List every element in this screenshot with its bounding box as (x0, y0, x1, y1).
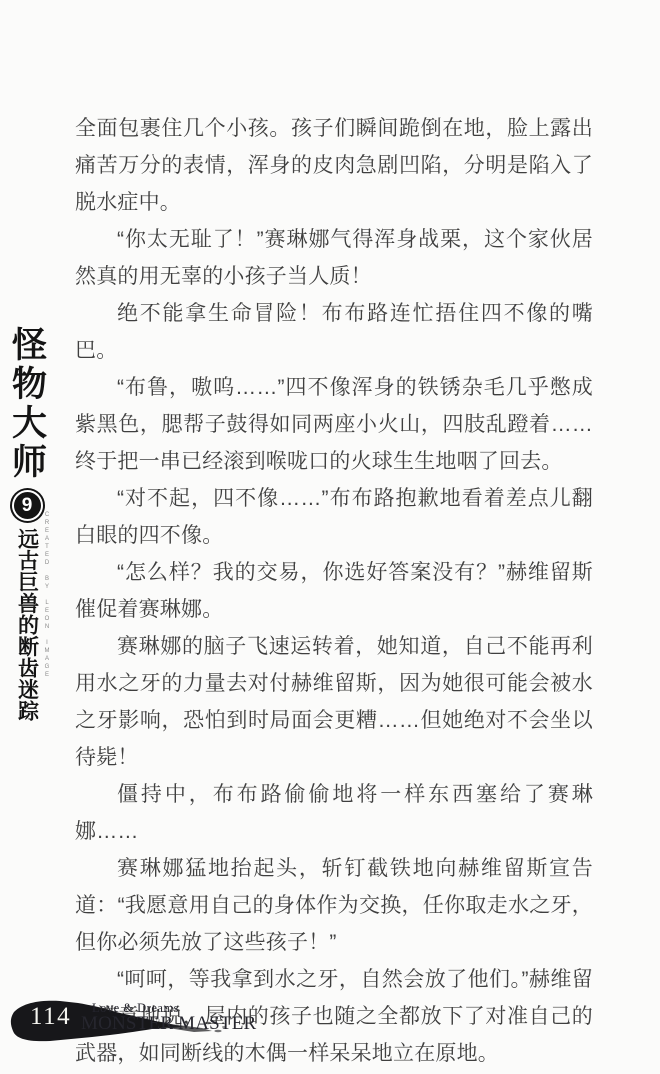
body-paragraph: “布鲁，嗷呜……”四不像浑身的铁锈杂毛几乎憋成紫黑色，腮帮子鼓得如同两座小火山，… (75, 369, 593, 480)
body-text: 全面包裹住几个小孩。孩子们瞬间跪倒在地，脸上露出痛苦万分的表情，浑身的皮肉急剧凹… (75, 110, 593, 1072)
sidebar-series-title: 怪物大师 9 远古巨兽的断齿迷踪 CREATED BY LEON IMAGE (4, 326, 50, 722)
body-paragraph: 赛琳娜的脑子飞速运转着，她知道，自己不能再利用水之牙的力量去对付赫维留斯，因为她… (75, 628, 593, 776)
body-paragraph: 赛琳娜猛地抬起头，斩钉截铁地向赫维留斯宣告道：“我愿意用自己的身体作为交换，任你… (75, 850, 593, 961)
series-title: 怪物大师 (10, 326, 45, 482)
volume-number: 9 (22, 495, 33, 517)
body-paragraph: “你太无耻了！”赛琳娜气得浑身战栗，这个家伙居然真的用无辜的小孩子当人质！ (75, 221, 593, 295)
series-logo: Love & Dreams MONSTER MASTER (81, 1002, 256, 1034)
series-subtitle: 远古巨兽的断齿迷踪 (17, 528, 38, 722)
page-number: 114 (30, 1003, 71, 1031)
body-paragraph: “怎么样？我的交易，你选好答案没有？”赫维留斯催促着赛琳娜。 (75, 554, 593, 628)
body-paragraph: 僵持中，布布路偷偷地将一样东西塞给了赛琳娜…… (75, 776, 593, 850)
book-page: 怪物大师 9 远古巨兽的断齿迷踪 CREATED BY LEON IMAGE 全… (0, 0, 660, 1074)
body-paragraph: 全面包裹住几个小孩。孩子们瞬间跪倒在地，脸上露出痛苦万分的表情，浑身的皮肉急剧凹… (75, 110, 593, 221)
series-credit: CREATED BY LEON IMAGE (44, 512, 50, 680)
page-footer: 114 Love & Dreams MONSTER MASTER (0, 996, 660, 1048)
body-paragraph: 绝不能拿生命冒险！布布路连忙捂住四不像的嘴巴。 (75, 295, 593, 369)
volume-number-badge: 9 (14, 492, 41, 519)
logo-title: MONSTER MASTER (81, 1014, 256, 1034)
body-paragraph: “对不起，四不像……”布布路抱歉地看着差点儿翻白眼的四不像。 (75, 480, 593, 554)
